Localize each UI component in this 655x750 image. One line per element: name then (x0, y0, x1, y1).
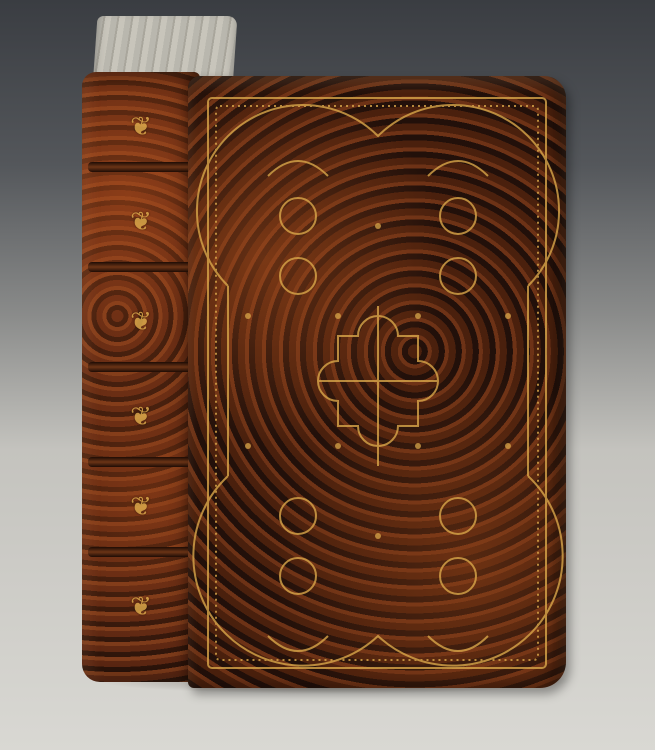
gilt-ornament-pattern (188, 76, 566, 688)
book-spine: ❦ ❦ ❦ ❦ ❦ ❦ (82, 72, 200, 682)
photo-scene: ❦ ❦ ❦ ❦ ❦ ❦ (0, 0, 655, 750)
fleuron-icon: ❦ (130, 307, 152, 337)
spine-band (88, 362, 194, 372)
spine-band (88, 262, 194, 272)
spine-band (88, 547, 194, 557)
book-front-cover (188, 76, 566, 688)
fleuron-icon: ❦ (130, 207, 152, 237)
spine-band (88, 457, 194, 467)
spine-band (88, 162, 194, 172)
fleuron-icon: ❦ (130, 592, 152, 622)
fleuron-icon: ❦ (130, 402, 152, 432)
fleuron-icon: ❦ (130, 492, 152, 522)
fleuron-icon: ❦ (130, 112, 152, 142)
